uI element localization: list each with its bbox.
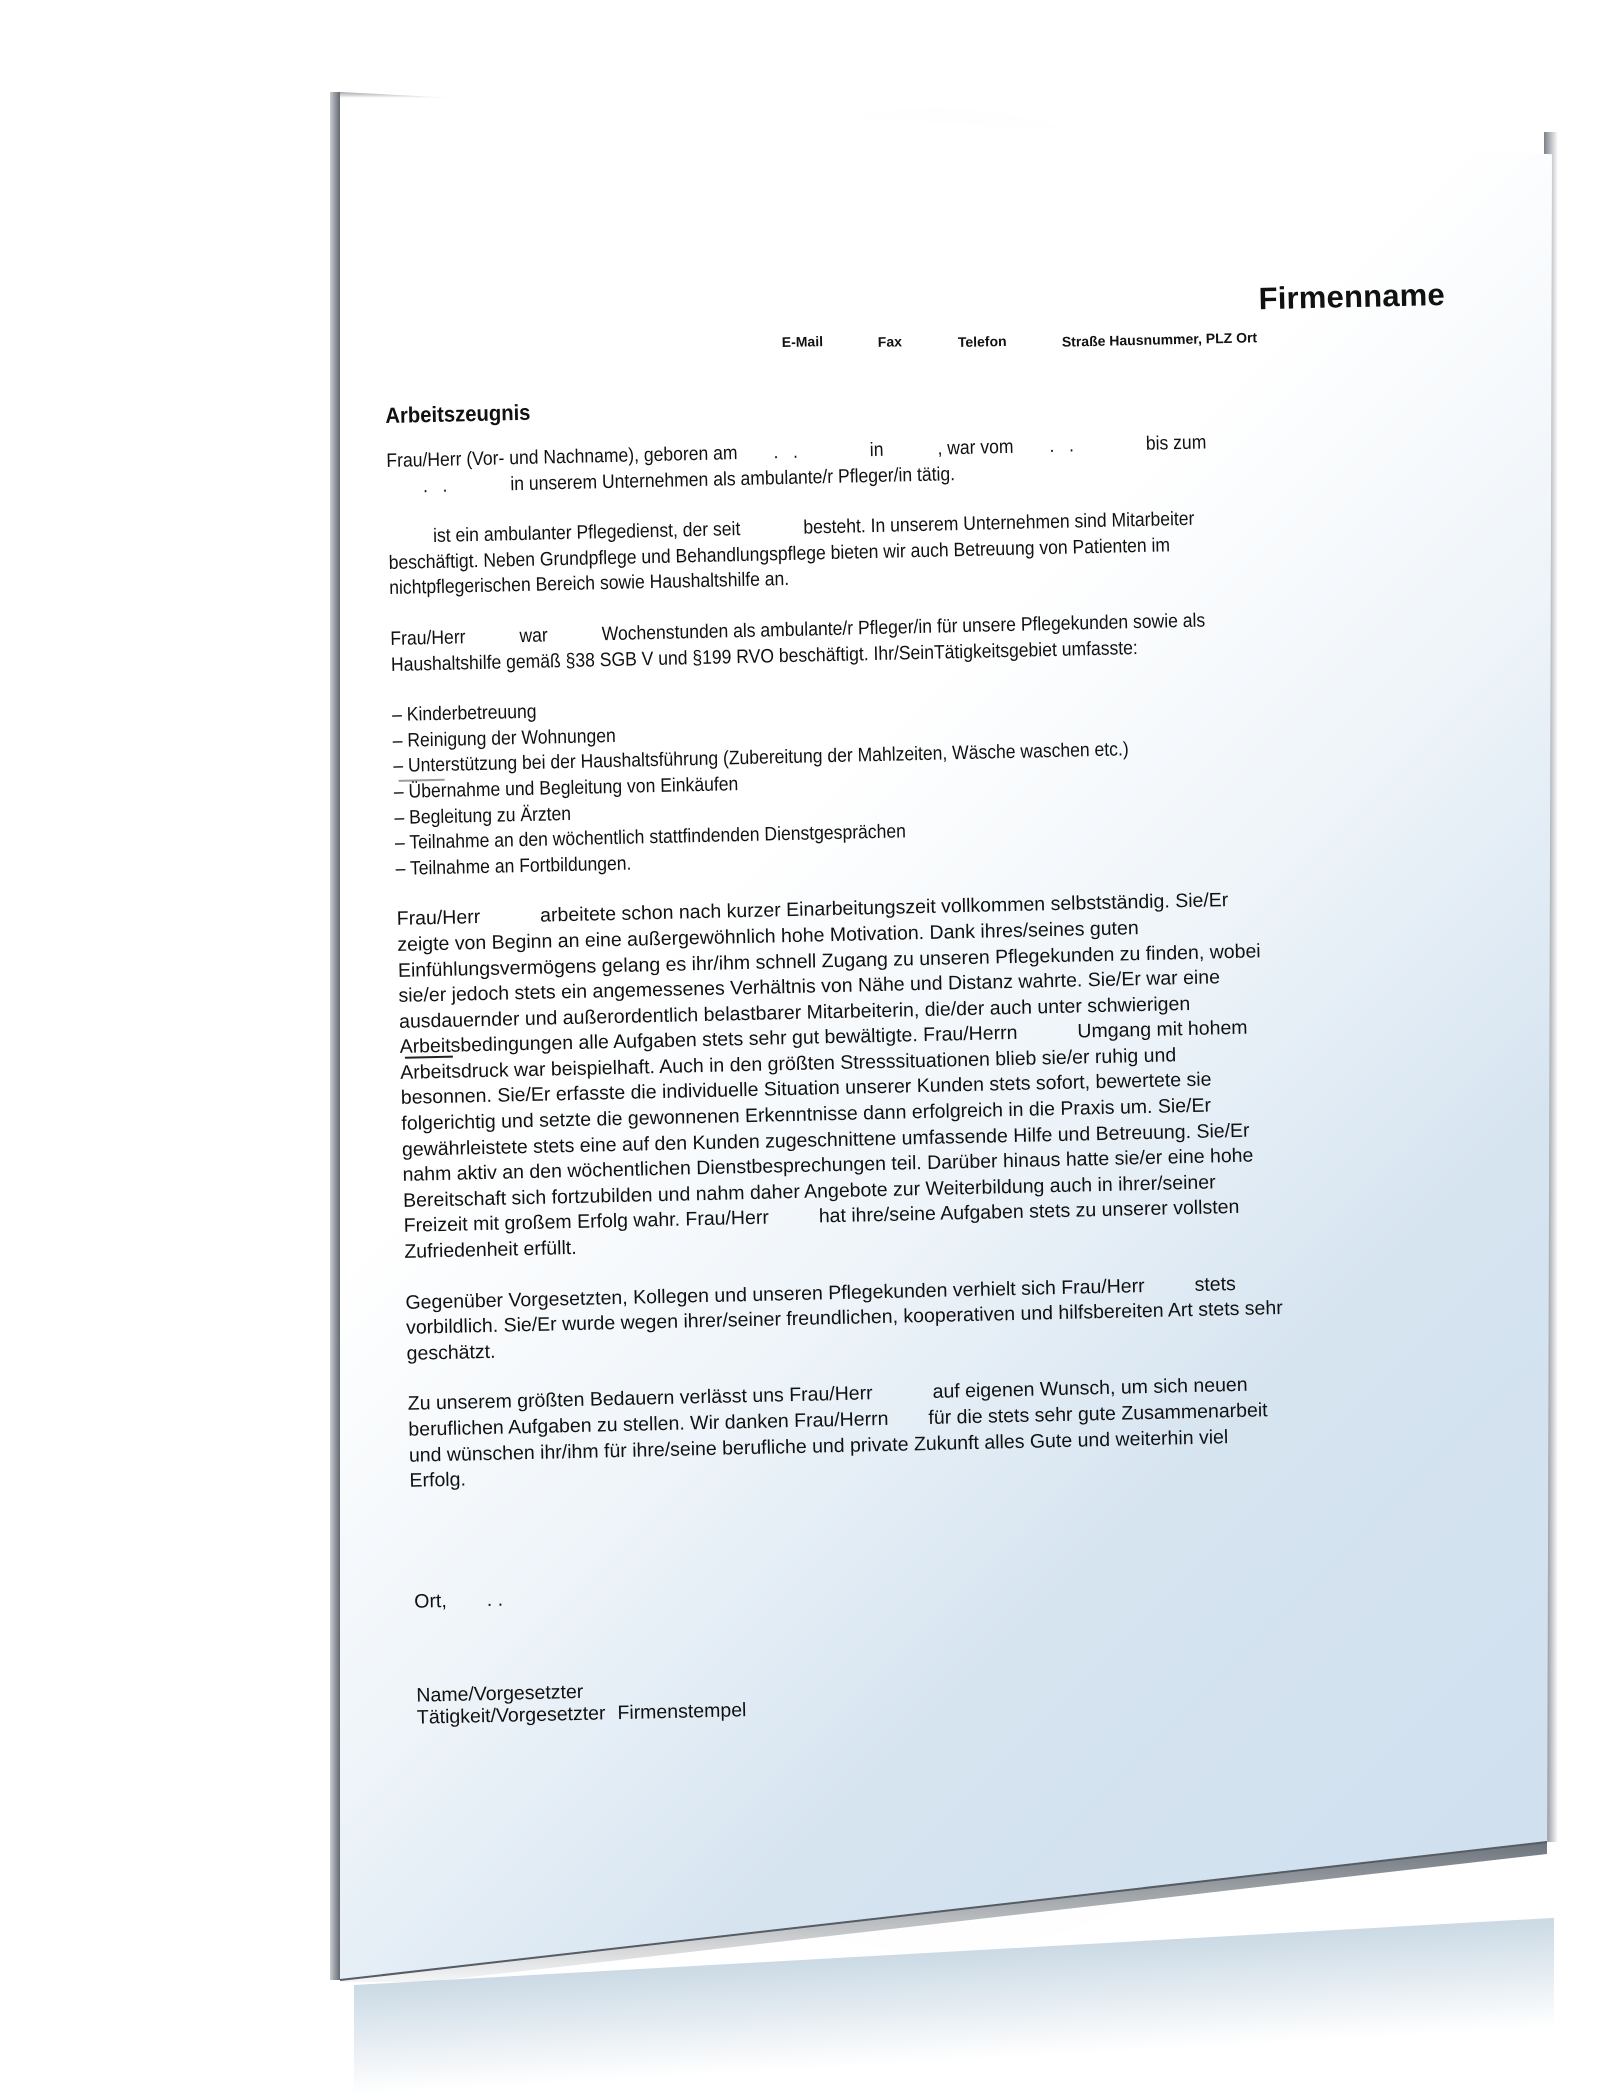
- company-text-2: besteht. In unserem Unternehmen sind: [803, 510, 1107, 539]
- date-placeholder: . .: [487, 1589, 504, 1611]
- start-date-placeholder: . .: [1049, 434, 1074, 457]
- page-content: Firmenname E-Mail Fax Telefon Straße Hau…: [340, 65, 1595, 1980]
- address-label: Straße Hausnummer, PLZ Ort: [1062, 329, 1258, 349]
- intro-in: in: [870, 439, 884, 461]
- conduct-paragraph: Gegenüber Vorgesetzten, Kollegen und uns…: [405, 1270, 1287, 1367]
- intro-from: , war vom: [937, 436, 1014, 460]
- company-paragraph: ist ein ambulanter Pflegedienst, der sei…: [388, 505, 1290, 602]
- company-name: Firmenname: [1258, 277, 1445, 317]
- duties-paragraph: Frau/HerrwarWochenstunden als ambulante/…: [390, 607, 1291, 679]
- document-preview: Firmenname E-Mail Fax Telefon Straße Hau…: [0, 0, 1600, 2100]
- farewell-paragraph: Zu unserem größten Bedauern verlässt uns…: [408, 1372, 1290, 1494]
- end-date-placeholder: . .: [423, 474, 448, 497]
- signature-block: Name/Vorgesetzter Tätigkeit/Vorgesetzter…: [416, 1677, 746, 1728]
- company-stamp-label: Firmenstempel: [617, 1699, 746, 1724]
- duties-text-1: Frau/Herr: [390, 626, 466, 650]
- place-date: Ort,. .: [414, 1589, 503, 1614]
- duties-text-2: war: [519, 624, 548, 647]
- document-body: Frau/Herr (Vor- und Nachname), geboren a…: [386, 429, 1310, 1520]
- letterhead-contact: E-Mail Fax Telefon Straße Hausnummer, PL…: [782, 319, 1463, 364]
- place-date-label: Ort,: [414, 1590, 447, 1613]
- birth-date-placeholder: . .: [773, 441, 798, 464]
- phone-label: Telefon: [958, 333, 1007, 350]
- email-label: E-Mail: [782, 333, 824, 350]
- company-text-1: ist ein ambulanter Pflegedienst, der sei…: [433, 518, 741, 547]
- page-wrapper: Firmenname E-Mail Fax Telefon Straße Hau…: [340, 92, 1552, 1980]
- fax-label: Fax: [878, 333, 902, 350]
- duties-text-3: Wochenstunden als ambulante/r Pfleger/in…: [391, 609, 1211, 675]
- performance-paragraph: Frau/Herrarbeitete schon nach kurzer Ein…: [397, 888, 1275, 1266]
- performance-text-1: Frau/Herr: [397, 906, 481, 930]
- intro-text: Frau/Herr (Vor- und Nachname), geboren a…: [386, 442, 738, 472]
- signature-role: Tätigkeit/Vorgesetzter: [417, 1702, 606, 1728]
- intro-paragraph: Frau/Herr (Vor- und Nachname), geboren a…: [386, 429, 1287, 501]
- intro-until: bis zum: [1146, 431, 1207, 454]
- duties-list: – Kinderbetreuung – Reinigung der Wohnun…: [392, 683, 1296, 883]
- document-title: Arbeitszeugnis: [385, 400, 531, 429]
